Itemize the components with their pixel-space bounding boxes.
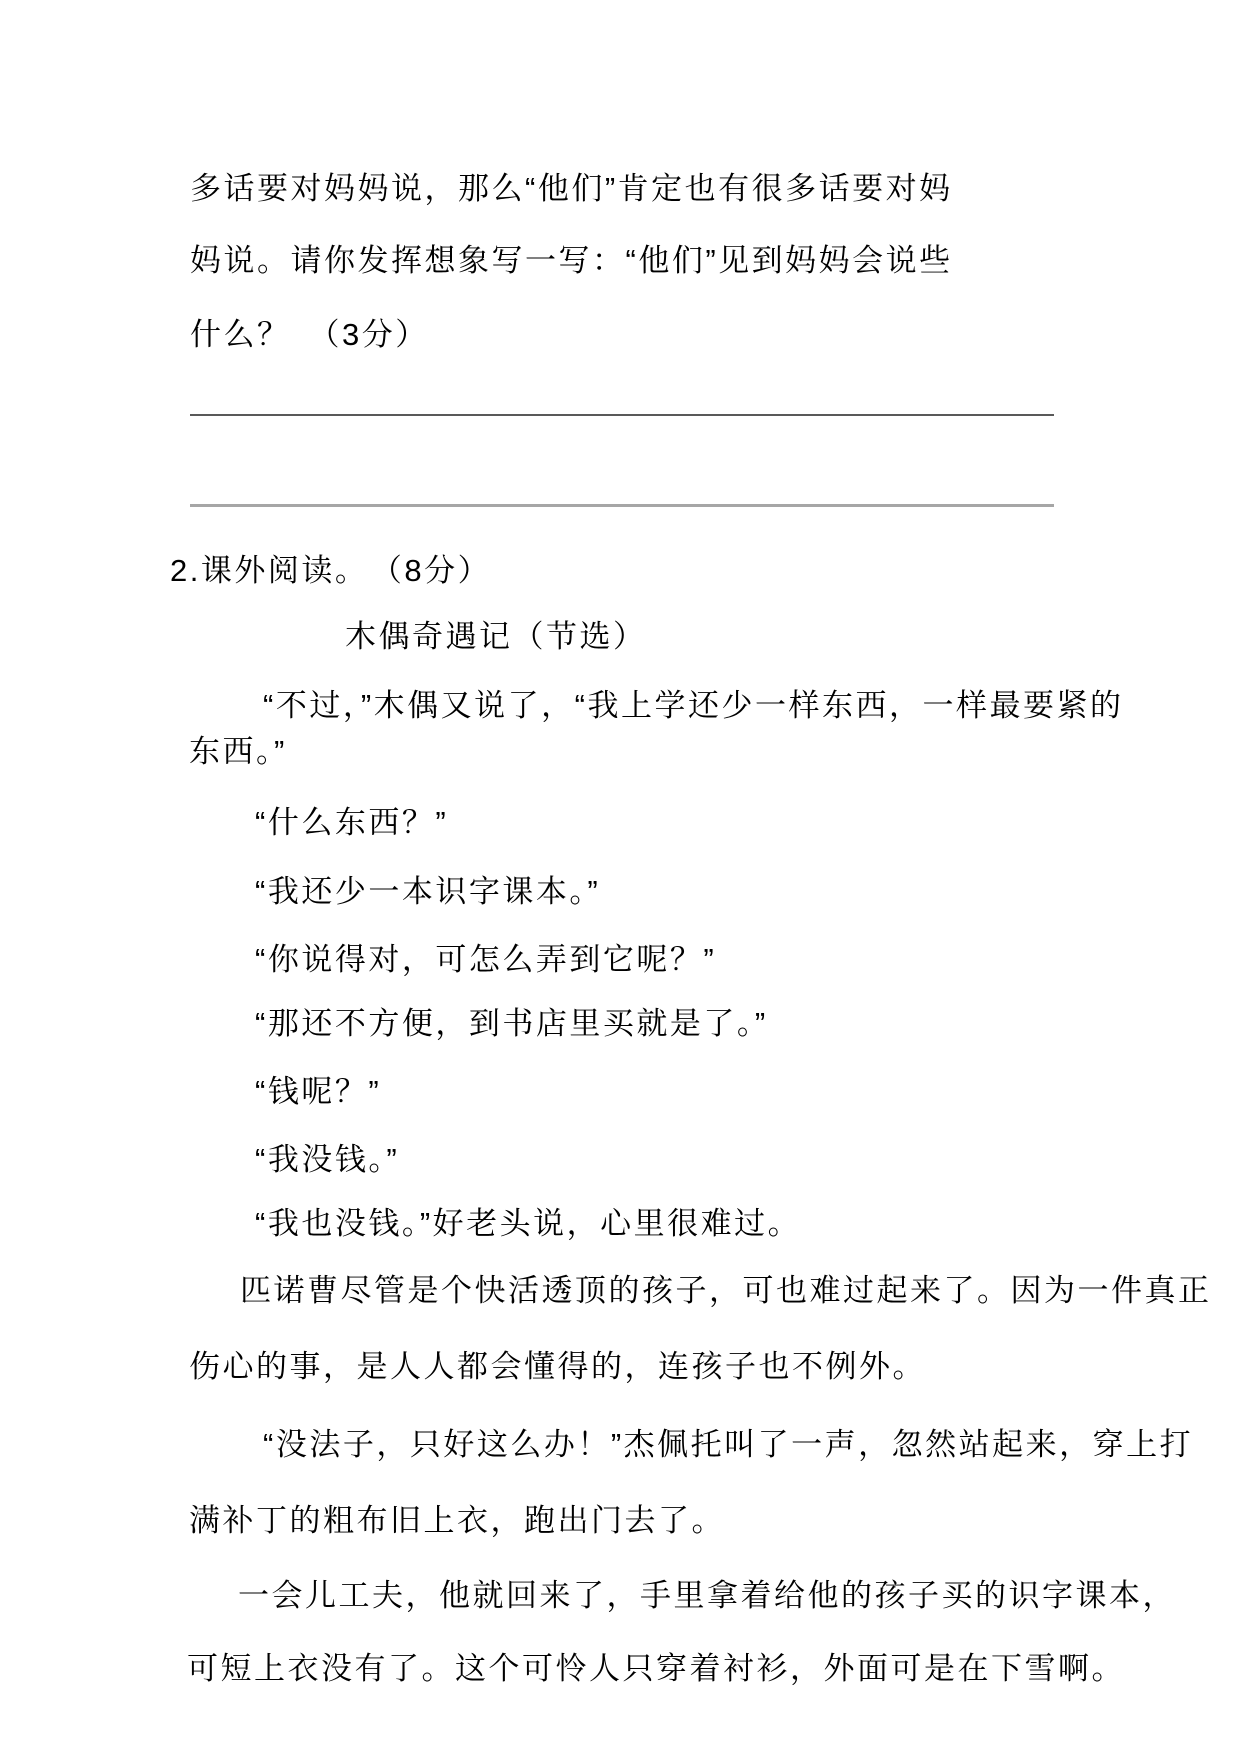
question-points-line: 什么？ （3分）	[190, 316, 429, 353]
passage-line: “钱呢？”	[255, 1073, 381, 1110]
passage-line: “不过，”木偶又说了，“我上学还少一样东西，一样最要紧的	[263, 687, 1123, 724]
section-heading: 2.课外阅读。 （8分）	[170, 552, 491, 589]
question-text-line: 多话要对妈妈说，那么“他们”肯定也有很多话要对妈	[190, 170, 953, 207]
passage-line: 匹诺曹尽管是个快活透顶的孩子，可也难过起来了。因为一件真正	[240, 1272, 1212, 1309]
passage-line: 东西。”	[189, 733, 287, 770]
passage-line: “那还不方便，到书店里买就是了。”	[255, 1005, 768, 1042]
passage-line: “我还少一本识字课本。”	[255, 873, 600, 910]
passage-line: 满补丁的粗布旧上衣，跑出门去了。	[189, 1502, 725, 1539]
passage-line: “你说得对，可怎么弄到它呢？”	[255, 941, 716, 978]
passage-line: 可短上衣没有了。这个可怜人只穿着衬衫，外面可是在下雪啊。	[187, 1650, 1125, 1687]
answer-blank-line	[190, 504, 1054, 507]
passage-title: 木偶奇遇记（节选）	[345, 618, 647, 655]
passage-line: “什么东西？”	[255, 804, 448, 841]
question-text-line: 妈说。请你发挥想象写一写：“他们”见到妈妈会说些	[190, 242, 953, 279]
answer-blank-line	[190, 414, 1054, 416]
passage-line: 伤心的事，是人人都会懂得的，连孩子也不例外。	[189, 1348, 926, 1385]
passage-line: “没法子，只好这么办！”杰佩托叫了一声，忽然站起来，穿上打	[263, 1426, 1193, 1463]
passage-line: 一会儿工夫，他就回来了，手里拿着给他的孩子买的识字课本，	[238, 1577, 1176, 1614]
document-page: 多话要对妈妈说，那么“他们”肯定也有很多话要对妈 妈说。请你发挥想象写一写：“他…	[0, 0, 1241, 1755]
passage-line: “我也没钱。”好老头说，心里很难过。	[255, 1205, 801, 1242]
passage-line: “我没钱。”	[255, 1141, 399, 1178]
